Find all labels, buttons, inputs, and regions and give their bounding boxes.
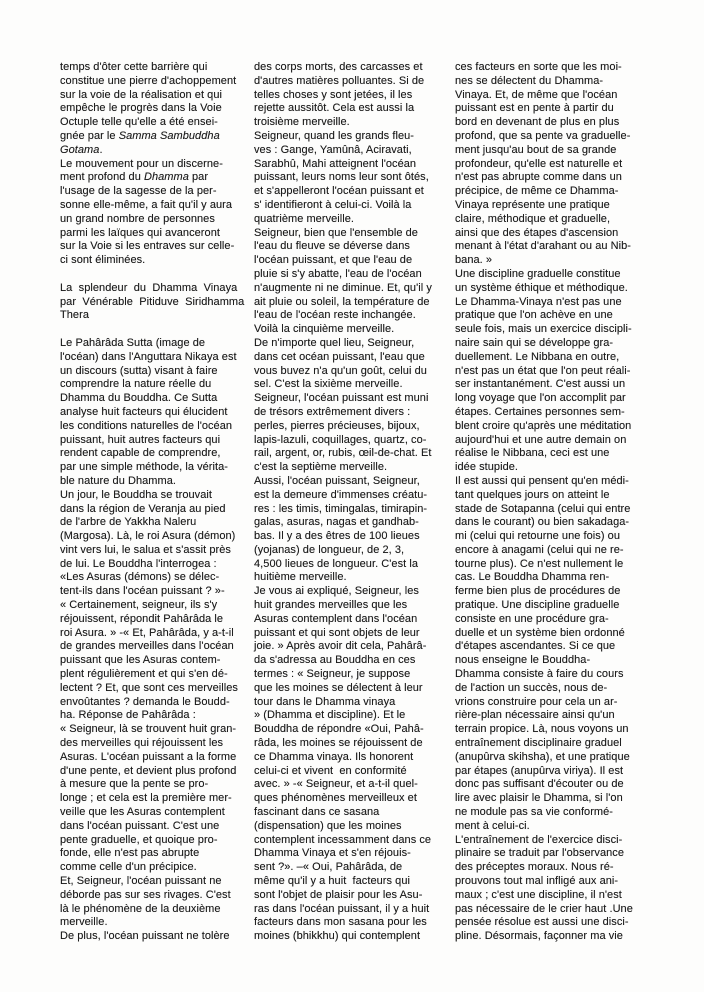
text-block: La splendeur du Dhamma Vinaya par Vénéra… <box>60 282 244 322</box>
text-block: ces facteurs en sorte que les moi- nes s… <box>455 61 633 942</box>
text-block: des corps morts, des carcasses et d'autr… <box>254 61 432 942</box>
document-page: temps d'ôter cette barrière qui constitu… <box>0 0 704 992</box>
text-column-left: temps d'ôter cette barrière qui constitu… <box>60 61 248 944</box>
text-column-middle: des corps morts, des carcasses et d'autr… <box>254 61 444 944</box>
text-block: Dhamma <box>144 171 189 183</box>
text-block: Le Pahârâda Sutta (image de l'océan) dan… <box>60 337 238 942</box>
text-block: par l'usage de la sagesse de la per- son… <box>60 171 234 266</box>
text-column-right: ces facteurs en sorte que les moi- nes s… <box>455 61 645 944</box>
